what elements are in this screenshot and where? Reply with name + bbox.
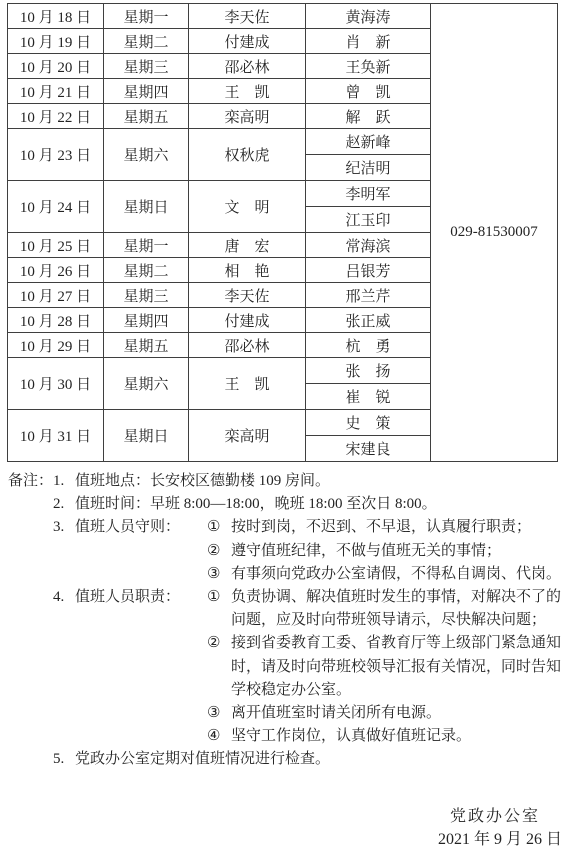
subitem-number: ④ (207, 725, 231, 748)
notes-label: 备注： (8, 470, 53, 493)
note-item-text: 值班人员职责： (75, 586, 207, 748)
weekday-cell: 星期四 (104, 308, 189, 333)
note-item-number: 3. (53, 516, 75, 586)
note-item-body: 值班人员职责：①负责协调、解决值班时发生的事情，对解决不了的 问题，应及时向带班… (75, 586, 565, 748)
note-subitem: ①按时到岗，不迟到、不早退，认真履行职责； (207, 516, 565, 539)
weekday-cell: 星期三 (104, 54, 189, 79)
table-row: 10 月 18 日星期一李天佐黄海涛029-81530007 (8, 4, 558, 29)
staff-cell: 吕银芳 (306, 258, 431, 283)
note-subitem: ①负责协调、解决值班时发生的事情，对解决不了的 问题，应及时向带班领导请示，尽快… (207, 586, 565, 632)
subitem-text: 有事须向党政办公室请假，不得私自调岗、代岗。 (231, 563, 565, 586)
weekday-cell: 星期六 (104, 129, 189, 181)
weekday-cell: 星期二 (104, 29, 189, 54)
subitem-text: 按时到岗，不迟到、不早退，认真履行职责； (231, 516, 565, 539)
note-sublist: ①负责协调、解决值班时发生的事情，对解决不了的 问题，应及时向带班领导请示，尽快… (207, 586, 565, 748)
leader-cell: 李天佐 (189, 283, 306, 308)
note-item-text: 值班人员守则： (75, 516, 207, 586)
note-item-text: 值班时间：早班 8:00—18:00，晚班 18:00 至次日 8:00。 (75, 493, 437, 516)
staff-cell: 张正威 (306, 308, 431, 333)
note-item-text: 党政办公室定期对值班情况进行检查。 (75, 748, 330, 771)
staff-cell: 宋建良 (306, 436, 431, 462)
date-cell: 10 月 19 日 (8, 29, 104, 54)
note-item: 4.值班人员职责：①负责协调、解决值班时发生的事情，对解决不了的 问题，应及时向… (53, 586, 565, 748)
leader-cell: 李天佐 (189, 4, 306, 29)
notes-items: 1.值班地点：长安校区德勤楼 109 房间。2.值班时间：早班 8:00—18:… (8, 470, 565, 772)
weekday-cell: 星期四 (104, 79, 189, 104)
subitem-text: 接到省委教育工委、省教育厅等上级部门紧急通知 时，请及时向带班校领导汇报有关情况… (231, 632, 565, 702)
staff-cell: 江玉印 (306, 207, 431, 233)
weekday-cell: 星期五 (104, 104, 189, 129)
leader-cell: 相 艳 (189, 258, 306, 283)
note-item: 5.党政办公室定期对值班情况进行检查。 (53, 748, 565, 771)
staff-cell: 赵新峰 (306, 129, 431, 155)
staff-cell: 李明军 (306, 181, 431, 207)
date-cell: 10 月 27 日 (8, 283, 104, 308)
note-subitem: ③有事须向党政办公室请假，不得私自调岗、代岗。 (207, 563, 565, 586)
note-subitem: ④坚守工作岗位，认真做好值班记录。 (207, 725, 565, 748)
leader-cell: 王 凯 (189, 358, 306, 410)
weekday-cell: 星期三 (104, 283, 189, 308)
staff-cell: 黄海涛 (306, 4, 431, 29)
leader-cell: 付建成 (189, 29, 306, 54)
staff-cell: 纪洁明 (306, 155, 431, 181)
note-subitem: ②遵守值班纪律，不做与值班无关的事情； (207, 540, 565, 563)
note-sublist: ①按时到岗，不迟到、不早退，认真履行职责；②遵守值班纪律，不做与值班无关的事情；… (207, 516, 565, 586)
note-subitem: ②接到省委教育工委、省教育厅等上级部门紧急通知 时，请及时向带班校领导汇报有关情… (207, 632, 565, 702)
leader-cell: 邵必林 (189, 333, 306, 358)
subitem-number: ② (207, 540, 231, 563)
subitem-number: ① (207, 586, 231, 632)
date-cell: 10 月 31 日 (8, 410, 104, 462)
date-cell: 10 月 30 日 (8, 358, 104, 410)
notes-section: 备注： 1.值班地点：长安校区德勤楼 109 房间。2.值班时间：早班 8:00… (8, 470, 565, 772)
date-cell: 10 月 22 日 (8, 104, 104, 129)
note-item-body: 值班人员守则：①按时到岗，不迟到、不早退，认真履行职责；②遵守值班纪律，不做与值… (75, 516, 565, 586)
staff-cell: 常海滨 (306, 233, 431, 258)
note-item-body: 党政办公室定期对值班情况进行检查。 (75, 748, 565, 771)
date-cell: 10 月 28 日 (8, 308, 104, 333)
leader-cell: 权秋虎 (189, 129, 306, 181)
note-subitem: ③离开值班室时请关闭所有电源。 (207, 702, 565, 725)
staff-cell: 崔 锐 (306, 384, 431, 410)
note-item-number: 4. (53, 586, 75, 748)
note-item-body: 值班地点：长安校区德勤楼 109 房间。 (75, 470, 565, 493)
subitem-number: ② (207, 632, 231, 702)
signature-org: 党政办公室 (450, 803, 540, 826)
date-cell: 10 月 29 日 (8, 333, 104, 358)
staff-cell: 王奂新 (306, 54, 431, 79)
staff-cell: 曾 凯 (306, 79, 431, 104)
note-item-number: 2. (53, 493, 75, 516)
staff-cell: 张 扬 (306, 358, 431, 384)
leader-cell: 付建成 (189, 308, 306, 333)
date-cell: 10 月 18 日 (8, 4, 104, 29)
phone-cell: 029-81530007 (431, 4, 558, 462)
weekday-cell: 星期日 (104, 181, 189, 233)
duty-schedule-document: 10 月 18 日星期一李天佐黄海涛029-8153000710 月 19 日星… (0, 0, 565, 848)
weekday-cell: 星期五 (104, 333, 189, 358)
note-item: 3.值班人员守则：①按时到岗，不迟到、不早退，认真履行职责；②遵守值班纪律，不做… (53, 516, 565, 586)
subitem-text: 负责协调、解决值班时发生的事情，对解决不了的 问题，应及时向带班领导请示，尽快解… (231, 586, 565, 632)
note-item: 1.值班地点：长安校区德勤楼 109 房间。 (53, 470, 565, 493)
date-cell: 10 月 24 日 (8, 181, 104, 233)
date-cell: 10 月 20 日 (8, 54, 104, 79)
staff-cell: 杭 勇 (306, 333, 431, 358)
leader-cell: 文 明 (189, 181, 306, 233)
date-cell: 10 月 23 日 (8, 129, 104, 181)
signature-date: 2021 年 9 月 26 日 (438, 826, 562, 848)
note-item-text: 值班地点：长安校区德勤楼 109 房间。 (75, 470, 330, 493)
leader-cell: 栾高明 (189, 410, 306, 462)
weekday-cell: 星期二 (104, 258, 189, 283)
staff-cell: 肖 新 (306, 29, 431, 54)
weekday-cell: 星期六 (104, 358, 189, 410)
subitem-text: 坚守工作岗位，认真做好值班记录。 (231, 725, 565, 748)
weekday-cell: 星期日 (104, 410, 189, 462)
leader-cell: 唐 宏 (189, 233, 306, 258)
leader-cell: 王 凯 (189, 79, 306, 104)
duty-table: 10 月 18 日星期一李天佐黄海涛029-8153000710 月 19 日星… (7, 3, 558, 462)
staff-cell: 史 策 (306, 410, 431, 436)
subitem-number: ③ (207, 563, 231, 586)
note-item-number: 5. (53, 748, 75, 771)
staff-cell: 解 跃 (306, 104, 431, 129)
date-cell: 10 月 25 日 (8, 233, 104, 258)
weekday-cell: 星期一 (104, 233, 189, 258)
weekday-cell: 星期一 (104, 4, 189, 29)
note-item-body: 值班时间：早班 8:00—18:00，晚班 18:00 至次日 8:00。 (75, 493, 565, 516)
subitem-text: 离开值班室时请关闭所有电源。 (231, 702, 565, 725)
note-item: 2.值班时间：早班 8:00—18:00，晚班 18:00 至次日 8:00。 (53, 493, 565, 516)
leader-cell: 栾高明 (189, 104, 306, 129)
leader-cell: 邵必林 (189, 54, 306, 79)
duty-table-body: 10 月 18 日星期一李天佐黄海涛029-8153000710 月 19 日星… (8, 4, 558, 462)
date-cell: 10 月 21 日 (8, 79, 104, 104)
subitem-text: 遵守值班纪律，不做与值班无关的事情； (231, 540, 565, 563)
date-cell: 10 月 26 日 (8, 258, 104, 283)
note-item-number: 1. (53, 470, 75, 493)
subitem-number: ③ (207, 702, 231, 725)
subitem-number: ① (207, 516, 231, 539)
staff-cell: 邢兰芹 (306, 283, 431, 308)
